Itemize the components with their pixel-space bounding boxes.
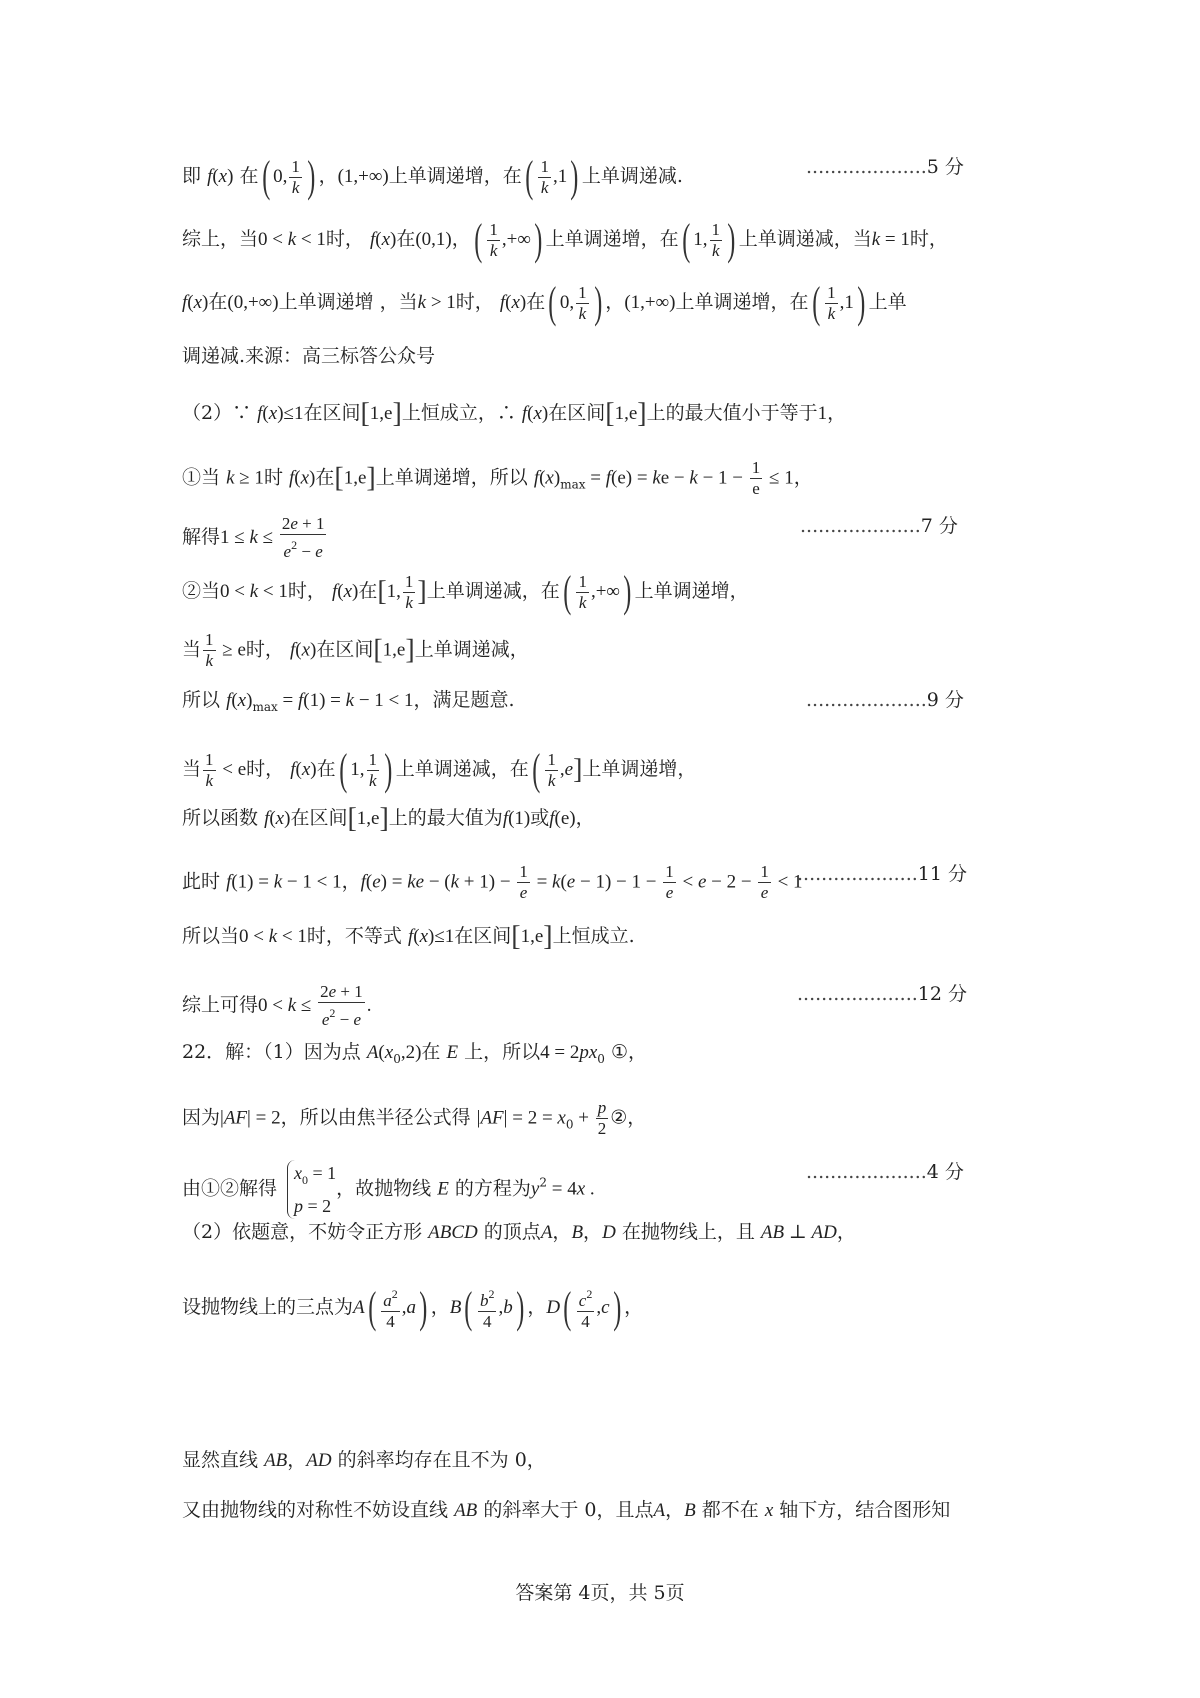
- text-line-16: 22．解：（1）因为点 A(x0,2)在 E 上，所以4 = 2px0 ①，: [182, 1040, 647, 1071]
- text-line-21: 显然直线 AB，AD 的斜率均存在且不为 0，: [182, 1448, 546, 1473]
- text-line-3: f(x)在(0,+∞)上单调递增 ，当k > 1时， f(x)在(0,1k)，(…: [182, 281, 907, 325]
- text-line-17: 因为|AF| = 2，所以由焦半径公式得 |AF| = 2 = x0 + p2②…: [182, 1098, 646, 1139]
- score-4: ....................4 分: [806, 1160, 964, 1184]
- score-12: ....................12 分: [797, 982, 967, 1006]
- text-line-22: 又由抛物线的对称性不妨设直线 AB 的斜率大于 0，且点A，B 都不在 x 轴下…: [182, 1498, 950, 1523]
- text-line-4: 调递减.来源：高三标答公众号: [182, 344, 435, 368]
- text-line-8: ②当0 < k < 1时， f(x)在[1,1k]上单调递减，在(1k,+∞)上…: [182, 570, 749, 614]
- text-line-2: 综上，当0 < k < 1时， f(x)在(0,1)，(1k,+∞)上单调递增，…: [182, 218, 948, 262]
- text-line-6: ①当 k ≥ 1时 f(x)在[1,e]上单调递增，所以 f(x)max = f…: [182, 458, 813, 499]
- text-line-19: （2）依题意，不妨令正方形 ABCD 的顶点A，B，D 在抛物线上，且 AB ⊥…: [182, 1220, 856, 1245]
- text-line-12: 所以函数 f(x)在区间[1,e]上的最大值为f(1)或f(e)，: [182, 806, 595, 831]
- text-line-15: 综上可得0 < k ≤ 2e + 1e2 − e.: [182, 982, 372, 1030]
- text-line-1: 即 f(x) 在(0,1k)，(1,+∞)上单调递增，在(1k,1)上单调递减.: [182, 155, 683, 199]
- text-line-20: 设抛物线上的三点为A(a24,a)，B(b24,b)，D(c24,c)，: [182, 1284, 643, 1332]
- text-line-9: 当1k ≥ e时， f(x)在区间[1,e]上单调递减，: [182, 630, 529, 671]
- document-page: 即 f(x) 在(0,1k)，(1,+∞)上单调递增，在(1k,1)上单调递减.…: [0, 0, 1200, 1698]
- text-line-14: 所以当0 < k < 1时，不等式 f(x)≤1在区间[1,e]上恒成立.: [182, 924, 635, 949]
- score-11: ....................11 分: [797, 862, 967, 886]
- score-7: ....................7 分: [800, 514, 958, 538]
- text-line-11: 当1k < e时， f(x)在(1,1k)上单调递减，在(1k,e]上单调递增，: [182, 748, 696, 792]
- text-line-7: 解得1 ≤ k ≤ 2e + 1e2 − e: [182, 514, 328, 562]
- text-line-18: 由①②解得x0 = 1p = 2，故抛物线 E 的方程为y2 = 4x .: [182, 1160, 595, 1219]
- text-line-5: （2）∵ f(x)≤1在区间[1,e]上恒成立，∴ f(x)在区间[1,e]上的…: [182, 401, 846, 426]
- text-line-10: 所以 f(x)max = f(1) = k − 1 < 1，满足题意.: [182, 688, 515, 719]
- text-line-13: 此时 f(1) = k − 1 < 1，f(e) = ke − (k + 1) …: [182, 862, 803, 903]
- page-footer: 答案第 4页，共 5页: [0, 1578, 1200, 1605]
- score-5: ....................5 分: [806, 155, 964, 179]
- score-9: ....................9 分: [806, 688, 964, 712]
